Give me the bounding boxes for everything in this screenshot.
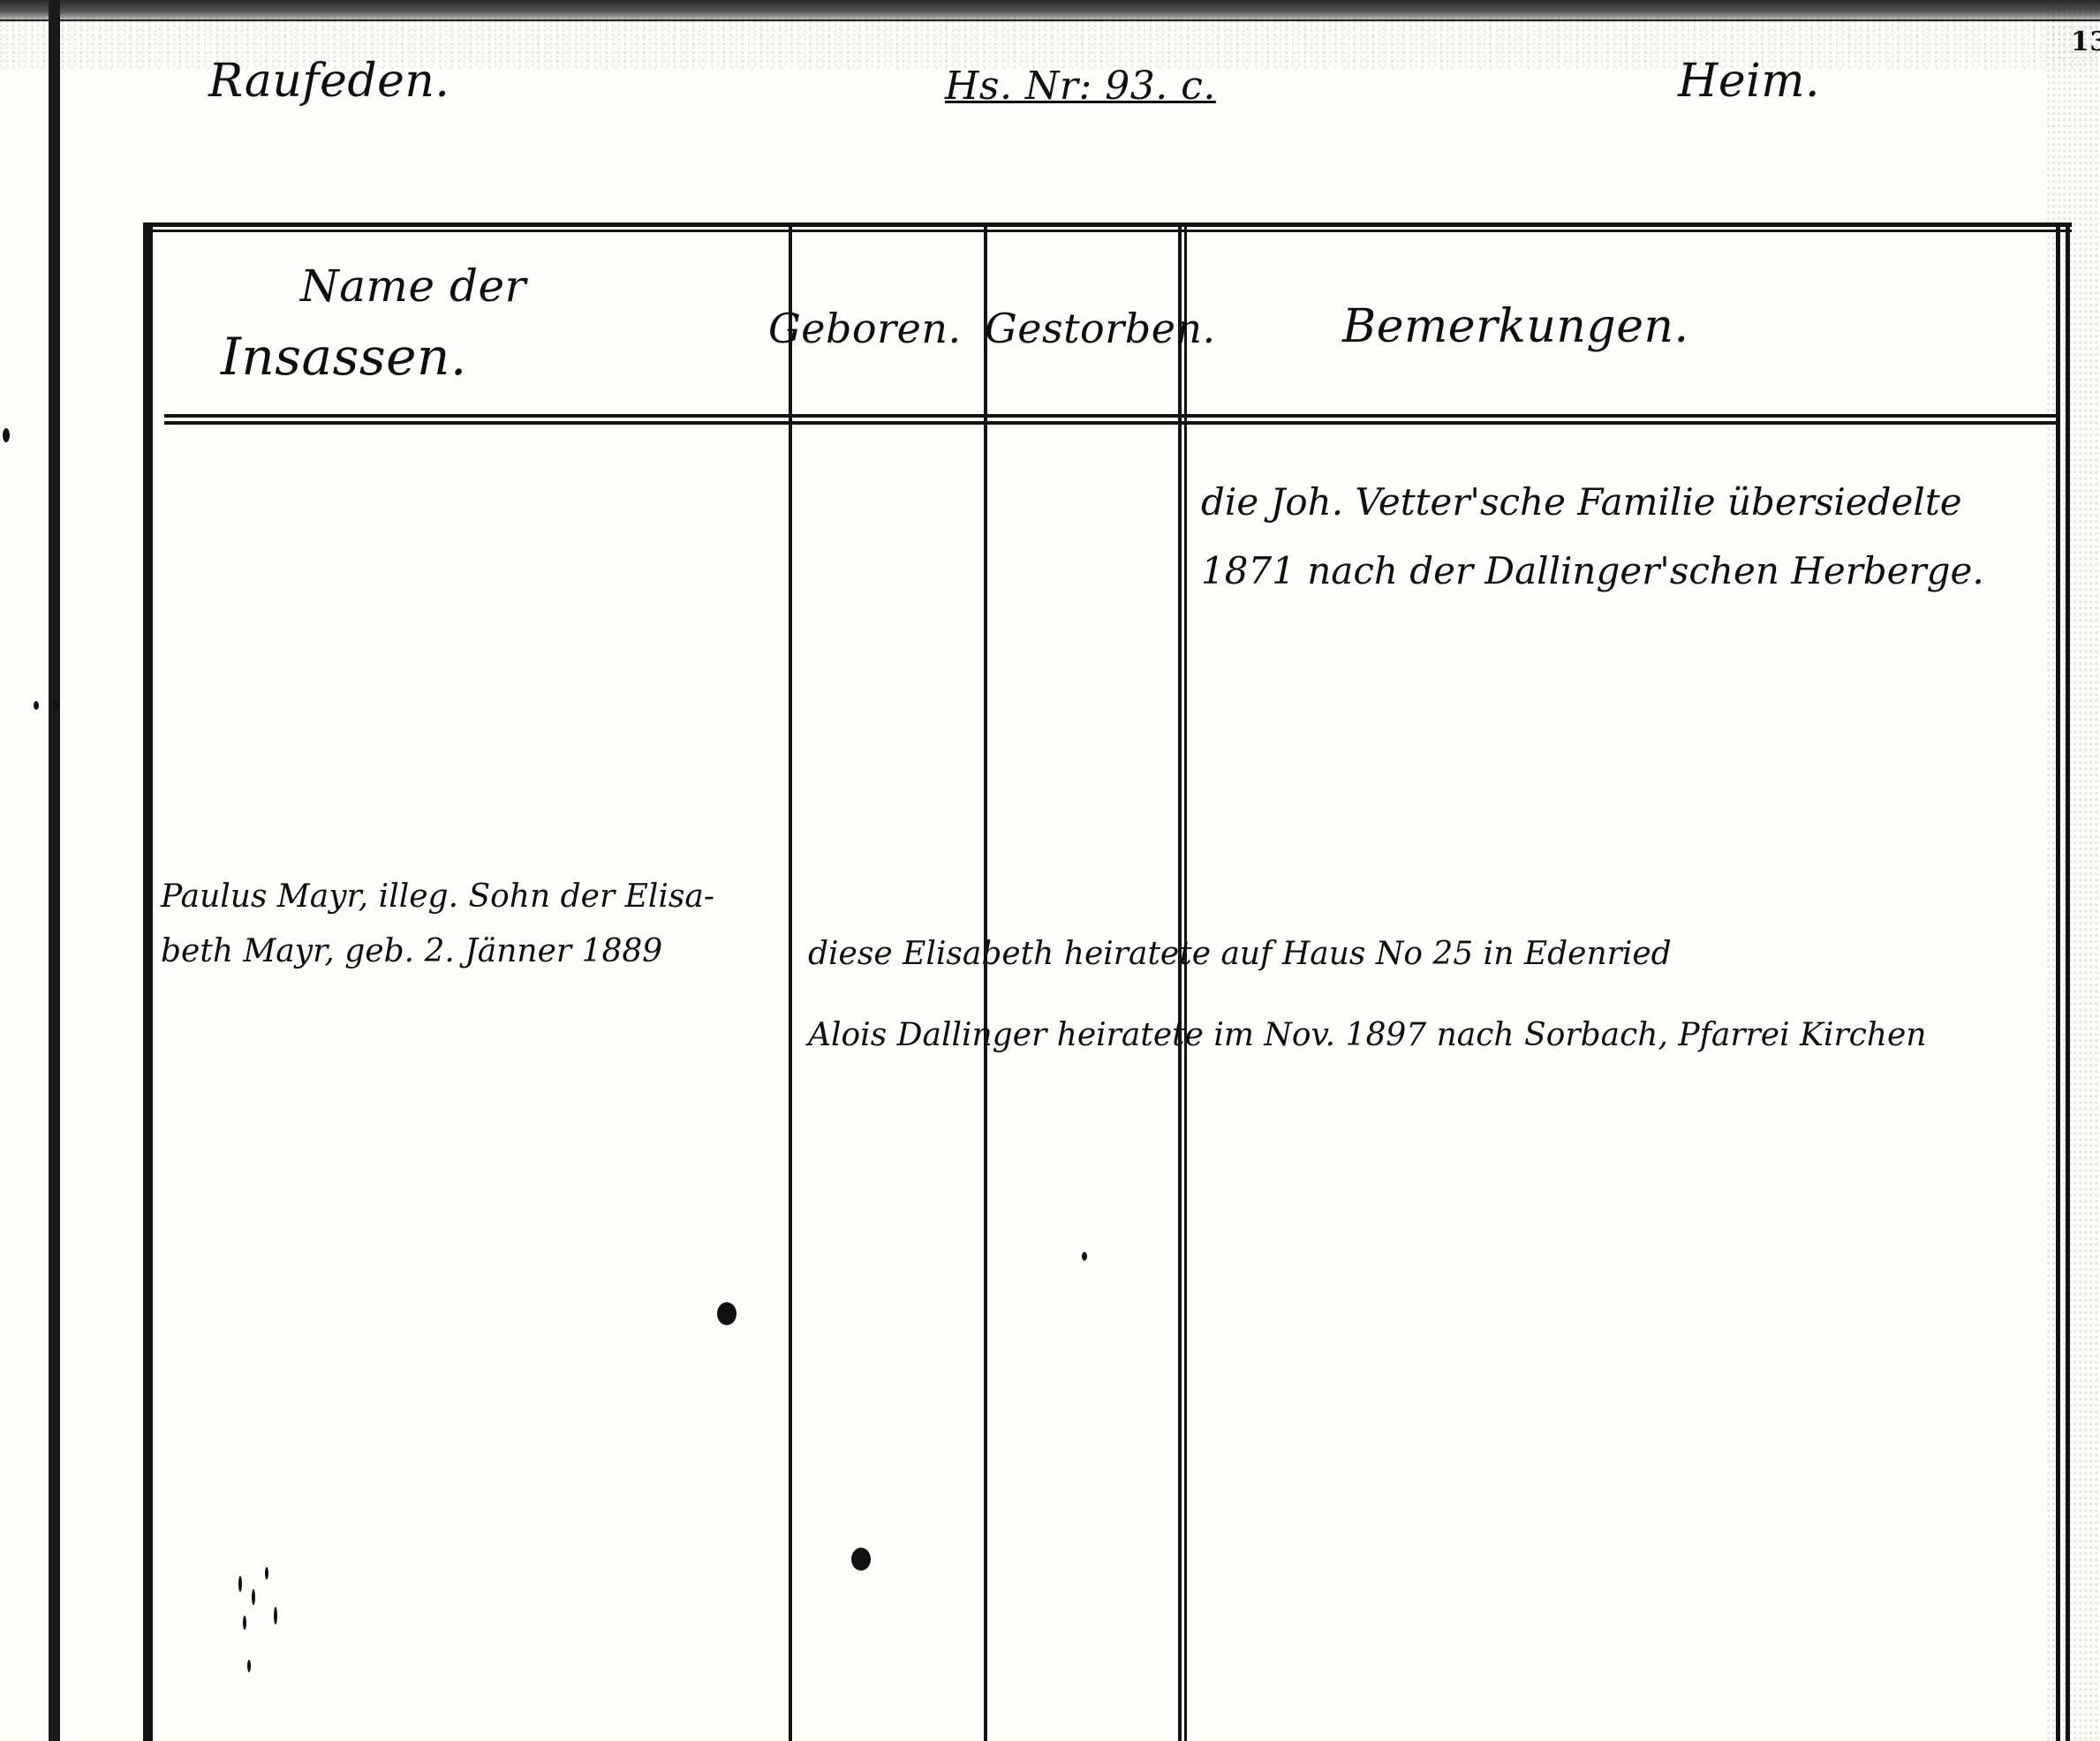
table-row-remark: diese Elisabeth heiratete auf Haus No 25…: [808, 914, 1927, 1076]
ink-blot: [265, 1567, 268, 1579]
table-border-top: [143, 222, 2072, 227]
header-house-number: Hs. Nr: 93. c.: [945, 64, 1216, 109]
remark-line1: diese Elisabeth heiratete auf Haus No 25…: [808, 914, 1927, 995]
remark-line2: Alois Dallinger heiratete im Nov. 1897 n…: [808, 995, 1927, 1076]
column-header-notes: Bemerkungen.: [1342, 300, 1689, 353]
top-ruled-line: [0, 19, 2100, 21]
table-row-name-cell: Paulus Mayr, illeg. Sohn der Elisa- beth…: [161, 870, 714, 979]
table-border-left: [143, 222, 153, 1741]
ink-blot: [53, 701, 58, 710]
ink-blot: [274, 1607, 277, 1624]
column-header-name-line1: Name der: [300, 260, 526, 312]
column-header-name: Name der Insassen.: [177, 252, 777, 411]
table-border-right-outer: [2066, 222, 2070, 1741]
ink-blot: [851, 1548, 871, 1571]
header-rule-double: [164, 421, 2059, 425]
page-number: 13: [2071, 26, 2100, 57]
ink-blot: [1082, 1252, 1087, 1261]
notes-entry-line1: die Joh. Vetter'sche Familie übersiedelt…: [1201, 468, 1984, 537]
register-page: Raufeden. Hs. Nr: 93. c. Heim. 13 Name d…: [0, 0, 2100, 1741]
notes-entry-line2: 1871 nach der Dallinger'schen Herberge.: [1201, 537, 1984, 606]
column-header-name-line2: Insassen.: [221, 327, 467, 387]
header-right-heading: Heim.: [1678, 55, 1820, 108]
column-header-born: Geboren.: [768, 305, 962, 352]
table-border-right: [2056, 222, 2060, 1741]
ink-blot: [247, 1660, 251, 1672]
header-left-place: Raufeden.: [208, 55, 449, 108]
notes-entry: die Joh. Vetter'sche Familie übersiedelt…: [1201, 468, 1984, 606]
column-divider-name-born: [789, 222, 792, 1741]
table-border-top-inner: [143, 230, 2072, 232]
ink-blot: [34, 701, 39, 710]
name-entry-line1: Paulus Mayr, illeg. Sohn der Elisa-: [161, 870, 714, 924]
name-entry-line2: beth Mayr, geb. 2. Jänner 1889: [161, 924, 714, 979]
column-header-died: Gestorben.: [985, 305, 1216, 352]
ink-blot: [252, 1589, 255, 1605]
ink-blot: [243, 1616, 246, 1630]
ink-blot: [238, 1576, 242, 1592]
header-rule: [164, 414, 2059, 418]
scan-noise-right: [2047, 0, 2100, 1741]
left-margin-rule: [49, 0, 60, 1741]
ink-blot: [717, 1302, 737, 1325]
ink-blot: [3, 428, 10, 442]
